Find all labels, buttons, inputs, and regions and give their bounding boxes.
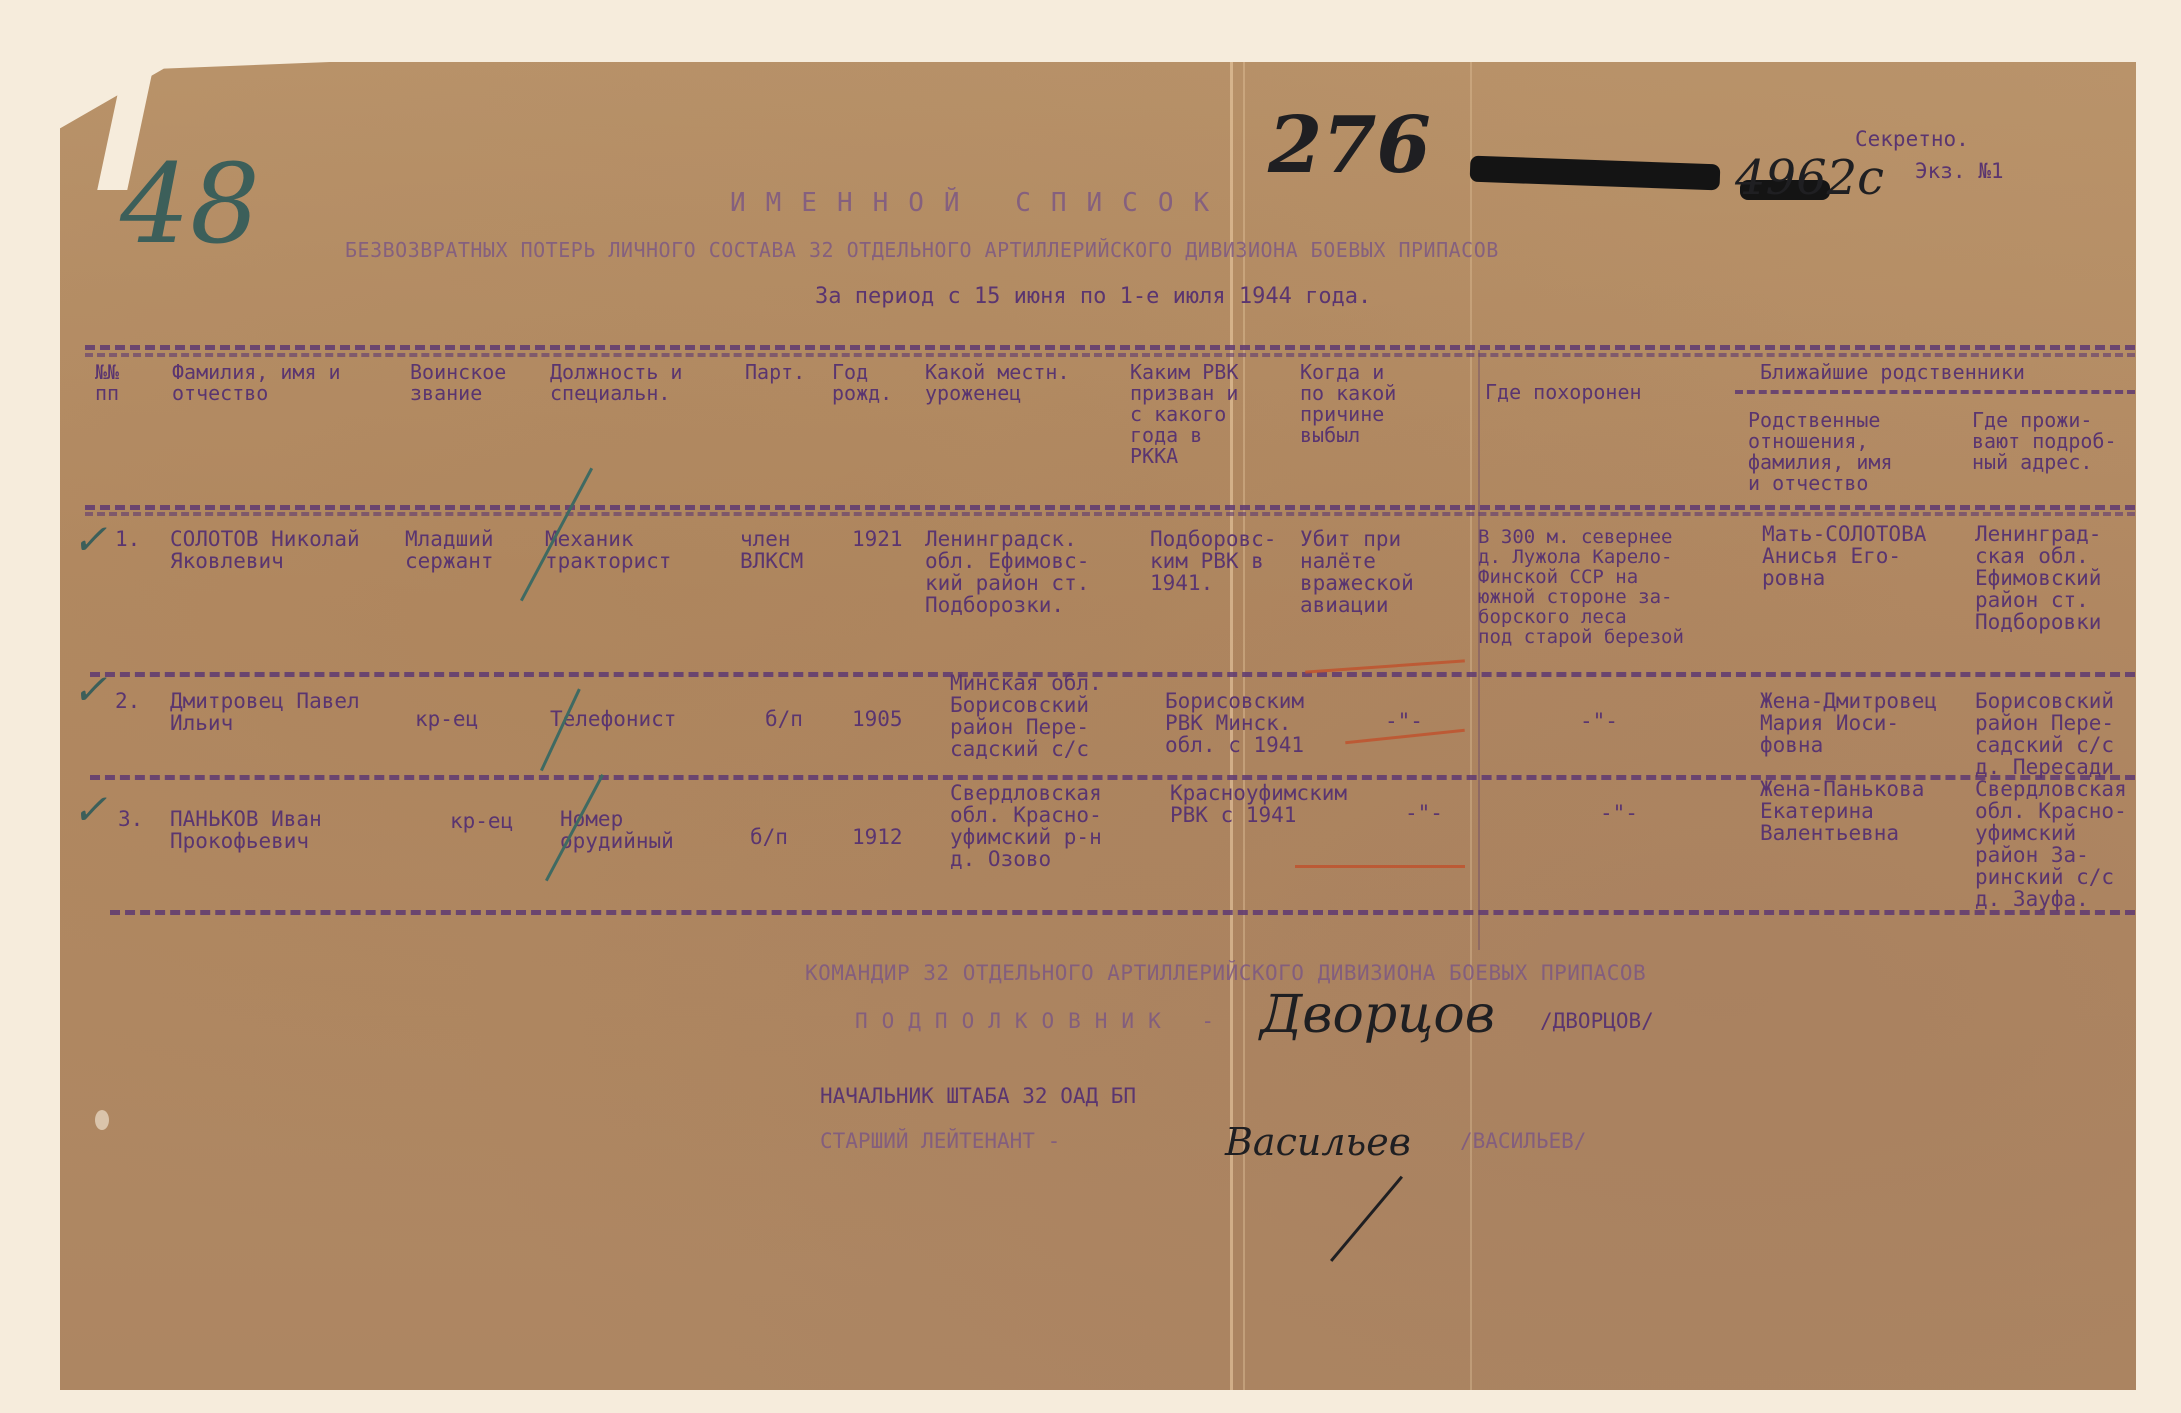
cell-buried: В 300 м. севернее д. Лужола Карело- Финс…: [1478, 528, 1684, 648]
cell-rank: Младший сержант: [405, 528, 494, 572]
chief-of-staff-name: /ВАСИЛЬЕВ/: [1460, 1130, 1586, 1152]
cell-address: Свердловская обл. Красно- уфимский район…: [1975, 778, 2127, 910]
cell-rank: кр-ец: [450, 810, 513, 832]
document-title: ИМЕННОЙ СПИСОК: [730, 190, 1229, 217]
cell-name: ПАНЬКОВ Иван Прокофьевич: [170, 808, 322, 852]
header-party: Парт.: [745, 362, 805, 383]
header-relative: Родственные отношения, фамилия, имя и от…: [1748, 410, 1893, 494]
chief-of-staff-title: НАЧАЛЬНИК ШТАБА 32 ОАД БП: [820, 1085, 1136, 1107]
cell-birthplace: Минская обл. Борисовский район Пере- сад…: [950, 672, 1102, 760]
cell-relative: Жена-Панькова Екатерина Валентьевна: [1760, 778, 1924, 844]
cell-party: б/п: [750, 826, 788, 848]
table-rule-bottom: [110, 910, 2135, 915]
cell-party: член ВЛКСМ: [740, 528, 803, 572]
table-rule-top: [85, 345, 2135, 350]
commander-rank: ПОДПОЛКОВНИК -: [855, 1010, 1228, 1032]
document-period: За период с 15 июня по 1-е июля 1944 год…: [815, 285, 1371, 308]
header-name: Фамилия, имя и отчество: [172, 362, 341, 404]
cell-drafted: Подборовс- ким РВК в 1941.: [1150, 528, 1276, 594]
handwritten-reg-number: 4962с: [1735, 150, 1884, 206]
table-rule-header: [85, 505, 2135, 510]
header-num: №№ пп: [95, 362, 119, 404]
margin-checkmark: ✓: [72, 515, 107, 564]
stamp-secret: Секретно.: [1855, 128, 1969, 150]
cell-address: Ленинград- ская обл. Ефимовский район ст…: [1975, 523, 2101, 633]
header-address: Где прожи- вают подроб- ный адрес.: [1972, 410, 2117, 473]
cell-name: СОЛОТОВ Николай Яковлевич: [170, 528, 360, 572]
cell-when-why: -"-: [1385, 710, 1423, 732]
column-divider: [1478, 350, 1480, 950]
margin-handwritten-number: 48: [120, 140, 260, 268]
cell-birth-year: 1912: [852, 826, 903, 848]
header-drafted: Каким РВК призван и с какого года в РККА: [1130, 362, 1238, 467]
cell-when-why: -"-: [1405, 802, 1443, 824]
cell-drafted: Борисовским РВК Минск. обл. с 1941: [1165, 690, 1304, 756]
cell-position: Механик тракторист: [545, 528, 671, 572]
cell-when-why: Убит при налёте вражеской авиации: [1300, 528, 1414, 616]
header-position: Должность и специальн.: [550, 362, 682, 404]
chief-of-staff-signature: Васильев: [1225, 1120, 1411, 1164]
chief-of-staff-rank: СТАРШИЙ ЛЕЙТЕНАНТ -: [820, 1130, 1060, 1152]
cell-buried: -"-: [1580, 710, 1618, 732]
commander-signature: Дворцов: [1260, 985, 1495, 1045]
cell-birth-year: 1921: [852, 528, 903, 550]
header-when-why: Когда и по какой причине выбыл: [1300, 362, 1396, 446]
cell-name: Дмитровец Павел Ильич: [170, 690, 360, 734]
cell-position: Номер орудийный: [560, 808, 674, 852]
cell-buried: -"-: [1600, 802, 1638, 824]
cell-address: Борисовский район Пере- садский с/с д. П…: [1975, 690, 2114, 778]
cell-num: 2.: [115, 690, 140, 712]
cell-relative: Жена-Дмитровец Мария Иоси- фовна: [1760, 690, 1937, 756]
cell-birthplace: Свердловская обл. Красно- уфимский р-н д…: [950, 782, 1102, 870]
table-rule-row: [90, 672, 2135, 677]
header-birthplace: Какой местн. уроженец: [925, 362, 1070, 404]
header-buried: Где похоронен: [1485, 382, 1642, 403]
cell-relative: Мать-СОЛОТОВА Анисья Его- ровна: [1762, 523, 1926, 589]
commander-title: КОМАНДИР 32 ОТДЕЛЬНОГО АРТИЛЛЕРИЙСКОГО Д…: [805, 962, 1646, 984]
header-rank: Воинское звание: [410, 362, 506, 404]
paper-hole: [95, 1110, 109, 1130]
handwritten-page-number: 276: [1268, 100, 1431, 191]
table-rule-top: [85, 353, 2135, 357]
cell-num: 3.: [118, 808, 143, 830]
cell-drafted: Красноуфимским РВК с 1941: [1170, 782, 1347, 826]
relatives-group-rule: [1735, 390, 2135, 394]
table-rule-header: [85, 512, 2135, 516]
margin-checkmark: ✓: [72, 785, 107, 834]
cell-rank: кр-ец: [415, 708, 478, 730]
header-birth-year: Год рожд.: [832, 362, 892, 404]
cell-party: б/п: [765, 708, 803, 730]
margin-checkmark: ✓: [72, 665, 107, 714]
red-pencil-mark: [1295, 865, 1465, 868]
document-subtitle: БЕЗВОЗВРАТНЫХ ПОТЕРЬ ЛИЧНОГО СОСТАВА 32 …: [345, 240, 1499, 261]
stamp-copy-number: Экз. №1: [1915, 160, 2004, 182]
cell-num: 1.: [115, 528, 140, 550]
header-relatives-group: Ближайшие родственники: [1760, 362, 2025, 383]
cell-birthplace: Ленинградск. обл. Ефимовс- кий район ст.…: [925, 528, 1089, 616]
commander-name: /ДВОРЦОВ/: [1540, 1010, 1654, 1032]
cell-birth-year: 1905: [852, 708, 903, 730]
